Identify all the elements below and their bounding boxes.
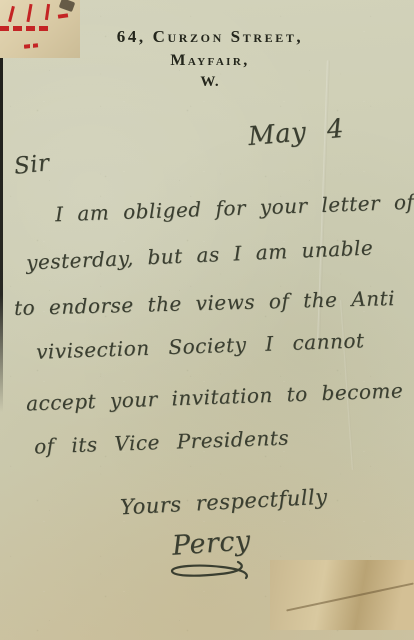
- red-tick-mark: [26, 4, 32, 22]
- signature: Percy: [171, 525, 252, 561]
- letterhead-postal: W.: [0, 74, 414, 91]
- red-tick-mark: [45, 4, 50, 20]
- signature-flourish: [168, 560, 258, 590]
- red-tick-mark: [58, 13, 68, 18]
- letter-scan: 64, Curzon Street, Mayfair, W. May 4 Sir…: [0, 0, 414, 640]
- creased-corner: [270, 560, 414, 630]
- printed-letterhead: 64, Curzon Street, Mayfair, W.: [0, 27, 414, 91]
- red-tick-mark: [8, 6, 15, 22]
- salutation: Sir: [13, 150, 51, 180]
- letterhead-street: 64, Curzon Street,: [0, 27, 414, 47]
- dark-smudge: [59, 0, 76, 12]
- letterhead-district: Mayfair,: [0, 52, 414, 70]
